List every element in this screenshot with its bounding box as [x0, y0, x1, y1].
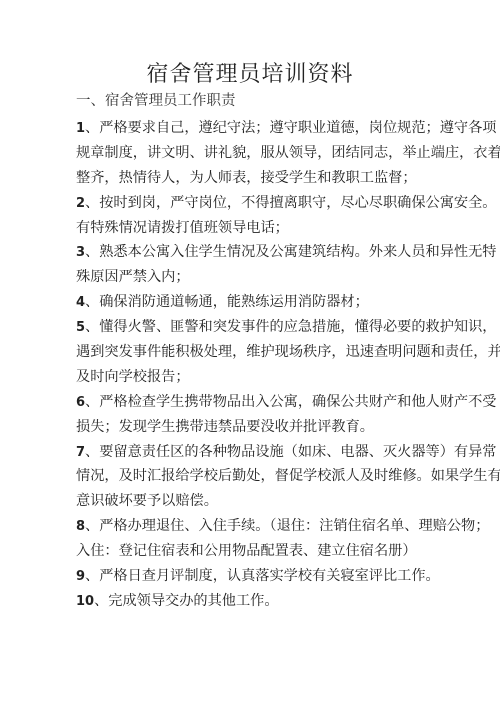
duty-item-text: 入住：登记住宿表和公用物品配置表、建立住宿名册）	[76, 543, 417, 559]
duty-item-line: 8、严格办理退住、入住手续。（退住：注销住宿名单、理赔公物；	[76, 514, 426, 539]
duty-item-text: 、完成领导交办的其他工作。	[94, 593, 278, 609]
duty-item-number: 7	[76, 445, 85, 460]
duty-item-text: 有特殊情况请拨打值班领导电话；	[76, 220, 289, 236]
duty-item-line: 入住：登记住宿表和公用物品配置表、建立住宿名册）	[76, 539, 426, 564]
duty-item-text: 整齐，热情待人，为人师表，接受学生和教职工监督；	[76, 170, 417, 186]
duty-item-line: 及时向学校报告；	[76, 365, 426, 390]
duty-item-text: 、严格要求自己，遵纪守法；遵守职业道德，岗位规范；遵守各项	[85, 120, 496, 136]
duty-item-text: 及时向学校报告；	[76, 369, 190, 385]
duty-item-line: 遇到突发事件能积极处理，维护现场秩序，迅速查明问题和责任，并	[76, 340, 426, 365]
duty-item-text: 遇到突发事件能积极处理，维护现场秩序，迅速查明问题和责任，并	[76, 344, 500, 360]
duty-item-text: 、按时到岗，严守岗位，不得擅离职守，尽心尽职确保公寓安全。	[85, 195, 496, 211]
duty-item-line: 情况，及时汇报给学校后勤处，督促学校派人及时维修。如果学生有	[76, 464, 426, 489]
duty-item-text: 、严格日查月评制度，认真落实学校有关寝室评比工作。	[85, 568, 440, 584]
duty-item-line: 4、确保消防通道畅通，能熟练运用消防器材；	[76, 290, 426, 315]
duty-item-line: 损失；发现学生携带违禁品要没收并批评教育。	[76, 415, 426, 440]
section-heading: 一、宿舍管理员工作职责	[76, 89, 236, 113]
duty-item-number: 3	[76, 245, 85, 260]
duty-item-number: 5	[76, 320, 85, 335]
document-title: 宿舍管理员培训资料	[0, 60, 500, 90]
duty-item-line: 5、懂得火警、匪警和突发事件的应急措施，懂得必要的救护知识，	[76, 315, 426, 340]
duty-item-line: 6、严格检查学生携带物品出入公寓，确保公共财产和他人财产不受	[76, 390, 426, 415]
duty-item-line: 殊原因严禁入内；	[76, 265, 426, 290]
duty-item-number: 1	[76, 121, 85, 136]
duty-item-number: 8	[76, 519, 85, 534]
duty-item-line: 7、要留意责任区的各种物品设施（如床、电器、灭火器等）有异常	[76, 440, 426, 465]
duty-item-number: 6	[76, 395, 85, 410]
duty-item-line: 整齐，热情待人，为人师表，接受学生和教职工监督；	[76, 166, 426, 191]
duty-item-line: 3、熟悉本公寓入住学生情况及公寓建筑结构。外来人员和异性无特	[76, 240, 426, 265]
duty-item-text: 意识破坏要予以赔偿。	[76, 493, 218, 509]
duty-item-text: 殊原因严禁入内；	[76, 269, 190, 285]
duty-item-text: 规章制度，讲文明、讲礼貌，服从领导，团结同志，举止端庄，衣着	[76, 145, 500, 161]
duty-item-line: 9、严格日查月评制度，认真落实学校有关寝室评比工作。	[76, 564, 426, 589]
duty-item-number: 2	[76, 196, 85, 211]
duty-item-line: 1、严格要求自己，遵纪守法；遵守职业道德，岗位规范；遵守各项	[76, 116, 426, 141]
duty-item-number: 9	[76, 569, 85, 584]
duty-item-text: 、懂得火警、匪警和突发事件的应急措施，懂得必要的救护知识，	[85, 319, 496, 335]
duty-item-line: 意识破坏要予以赔偿。	[76, 489, 426, 514]
duty-item-text: 、确保消防通道畅通，能熟练运用消防器材；	[85, 294, 369, 310]
duty-item-text: 情况，及时汇报给学校后勤处，督促学校派人及时维修。如果学生有	[76, 468, 500, 484]
duty-item-line: 规章制度，讲文明、讲礼貌，服从领导，团结同志，举止端庄，衣着	[76, 141, 426, 166]
duty-list: 1、严格要求自己，遵纪守法；遵守职业道德，岗位规范；遵守各项规章制度，讲文明、讲…	[76, 116, 426, 614]
document-page: 宿舍管理员培训资料 一、宿舍管理员工作职责 1、严格要求自己，遵纪守法；遵守职业…	[0, 0, 500, 708]
duty-item-number: 10	[76, 594, 94, 609]
duty-item-number: 4	[76, 295, 85, 310]
duty-item-line: 有特殊情况请拨打值班领导电话；	[76, 216, 426, 241]
duty-item-text: 、熟悉本公寓入住学生情况及公寓建筑结构。外来人员和异性无特	[85, 244, 496, 260]
duty-item-line: 10、完成领导交办的其他工作。	[76, 589, 426, 614]
duty-item-text: 、严格检查学生携带物品出入公寓，确保公共财产和他人财产不受	[85, 394, 496, 410]
duty-item-text: 、严格办理退住、入住手续。（退住：注销住宿名单、理赔公物；	[85, 518, 489, 534]
duty-item-text: 、要留意责任区的各种物品设施（如床、电器、灭火器等）有异常	[85, 444, 496, 460]
duty-item-line: 2、按时到岗，严守岗位，不得擅离职守，尽心尽职确保公寓安全。	[76, 191, 426, 216]
duty-item-text: 损失；发现学生携带违禁品要没收并批评教育。	[76, 419, 374, 435]
